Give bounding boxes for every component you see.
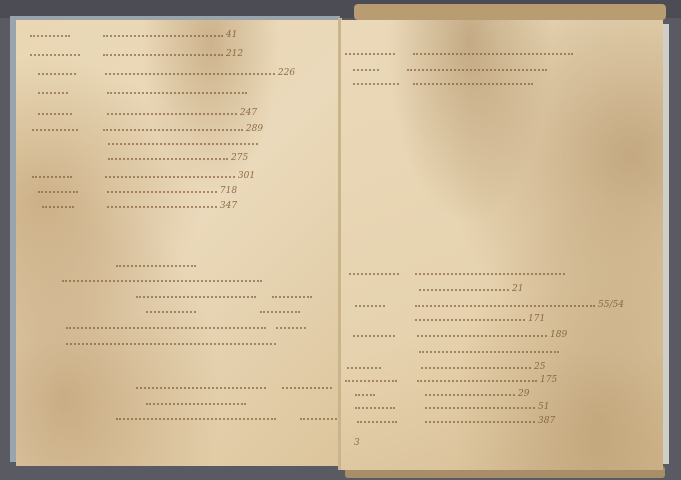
left-page: 41 212 226 247 289 275 301 718 347 <box>16 20 340 466</box>
folio-mark: 3 <box>351 438 360 448</box>
ledger-line: 25 <box>347 362 545 372</box>
ledger-line: 41 <box>30 30 237 40</box>
ledger-line: 171 <box>415 314 545 324</box>
ledger-line: 226 <box>38 68 295 78</box>
ledger-line: 212 <box>30 49 243 59</box>
ledger-line: 275 <box>108 153 248 163</box>
ledger-line <box>419 346 562 356</box>
faded-line <box>353 78 533 88</box>
faded-line <box>116 260 196 270</box>
ledger-line: 175 <box>345 375 557 385</box>
ledger-line: 289 <box>32 124 263 134</box>
ledger-line: 55/54 <box>355 300 624 310</box>
ledger-line: 347 <box>42 201 237 211</box>
faded-line <box>136 382 332 392</box>
faded-line <box>345 48 573 58</box>
faded-line <box>66 322 306 332</box>
faded-line <box>66 338 276 348</box>
ledger-line <box>349 268 568 278</box>
ledger-line: 301 <box>32 171 255 181</box>
ragged-page-edge-top <box>354 4 666 20</box>
faded-line <box>146 398 246 408</box>
ledger-line <box>38 87 250 97</box>
right-page: 21 55/54 171 189 25 175 29 51 387 3 <box>341 20 663 470</box>
ledger-line: 247 <box>38 108 257 118</box>
ledger-line: 718 <box>38 186 237 196</box>
ledger-line: 29 <box>355 389 529 399</box>
ledger-line: 189 <box>353 330 567 340</box>
faded-line <box>136 291 312 301</box>
faded-line <box>353 64 547 74</box>
faded-line <box>116 413 340 423</box>
ledger-line: 387 <box>357 416 555 426</box>
ledger-line: 21 <box>419 284 523 294</box>
faded-line <box>146 306 300 316</box>
faded-line <box>62 275 262 285</box>
ledger-line: 51 <box>355 402 549 412</box>
ledger-line <box>108 138 261 148</box>
